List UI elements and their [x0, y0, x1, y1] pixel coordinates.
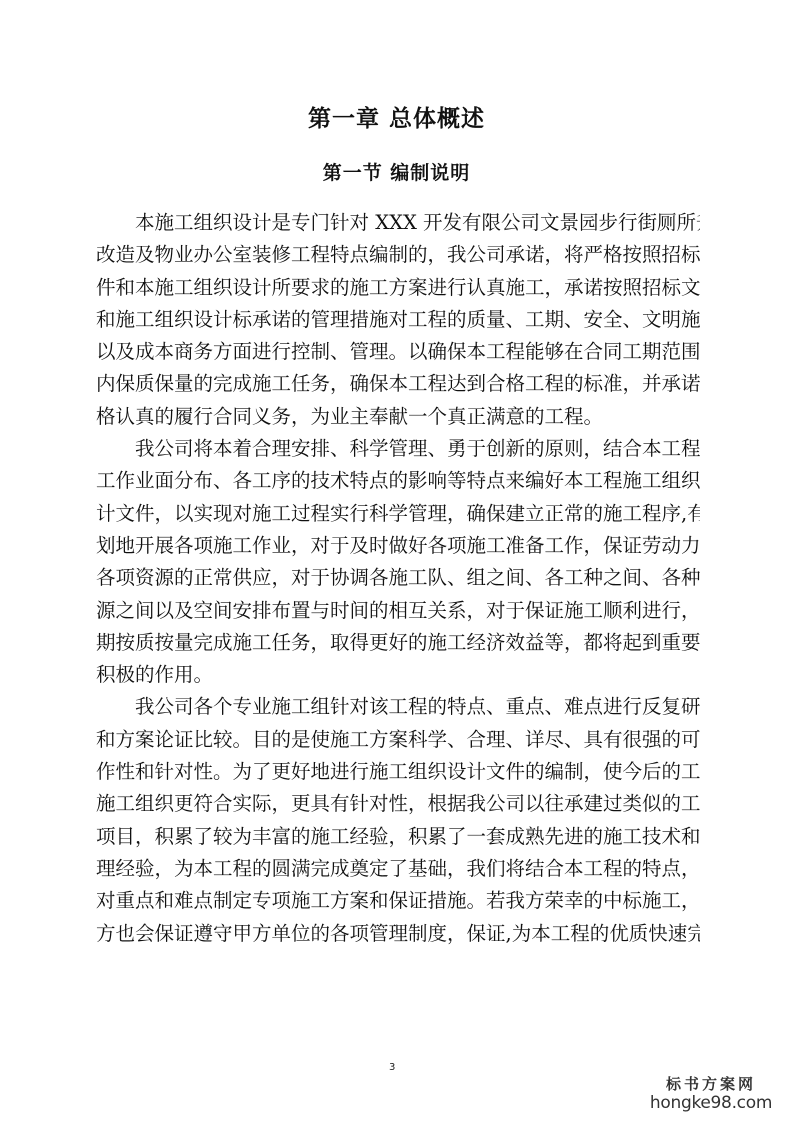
text-line: 本施工组织设计是专门针对 XXX 开发有限公司文景园步行街厕所升级 — [96, 207, 700, 239]
text-line: 作性和针对性。为了更好地进行施工组织设计文件的编制，使今后的工程 — [96, 756, 700, 788]
text-line: 工作业面分布、各工序的技术特点的影响等特点来编好本工程施工组织设 — [96, 465, 700, 497]
text-line: 格认真的履行合同义务，为业主奉献一个真正满意的工程。 — [96, 401, 700, 433]
text-line: 源之间以及空间安排布置与时间的相互关系，对于保证施工顺利进行，按 — [96, 595, 700, 627]
watermark-name: 标书方案网 — [636, 1075, 786, 1093]
chapter-title: 第一章 总体概述 — [0, 100, 793, 133]
text-line: 以及成本商务方面进行控制、管理。以确保本工程能够在合同工期范围之 — [96, 336, 700, 368]
watermark-logo: 标书方案网 hongke98.com — [636, 1075, 786, 1113]
text-line: 方也会保证遵守甲方单位的各项管理制度，保证,为本工程的优质快速完成 — [96, 918, 700, 950]
text-line: 和方案论证比较。目的是使施工方案科学、合理、详尽、具有很强的可操 — [96, 724, 700, 756]
paragraph-2: 我公司将本着合理安排、科学管理、勇于创新的原则，结合本工程施 工作业面分布、各工… — [96, 433, 700, 691]
text-line: 各项资源的正常供应，对于协调各施工队、组之间、各工种之间、各种资 — [96, 562, 700, 594]
text-line: 件和本施工组织设计所要求的施工方案进行认真施工，承诺按照招标文件 — [96, 272, 700, 304]
text-line: 期按质按量完成施工任务，取得更好的施工经济效益等，都将起到重要的、 — [96, 627, 700, 659]
section-title: 第一节 编制说明 — [0, 158, 793, 185]
paragraph-1: 本施工组织设计是专门针对 XXX 开发有限公司文景园步行街厕所升级 改造及物业办… — [96, 207, 700, 433]
text-line: 对重点和难点制定专项施工方案和保证措施。若我方荣幸的中标施工，我 — [96, 885, 700, 917]
text-line: 施工组织更符合实际，更具有针对性，根据我公司以往承建过类似的工程 — [96, 788, 700, 820]
text-line: 划地开展各项施工作业，对于及时做好各项施工准备工作，保证劳动力和 — [96, 530, 700, 562]
text-line: 内保质保量的完成施工任务，确保本工程达到合格工程的标准，并承诺严 — [96, 368, 700, 400]
page-number: 3 — [389, 1062, 395, 1073]
watermark-url: hongke98.com — [636, 1093, 786, 1113]
body-text: 本施工组织设计是专门针对 XXX 开发有限公司文景园步行街厕所升级 改造及物业办… — [96, 207, 700, 950]
text-line: 我公司将本着合理安排、科学管理、勇于创新的原则，结合本工程施 — [96, 433, 700, 465]
paragraph-3: 我公司各个专业施工组针对该工程的特点、重点、难点进行反复研究 和方案论证比较。目… — [96, 691, 700, 949]
text-line: 我公司各个专业施工组针对该工程的特点、重点、难点进行反复研究 — [96, 691, 700, 723]
text-line: 项目，积累了较为丰富的施工经验，积累了一套成熟先进的施工技术和管 — [96, 821, 700, 853]
text-line: 和施工组织设计标承诺的管理措施对工程的质量、工期、安全、文明施工 — [96, 304, 700, 336]
text-line: 改造及物业办公室装修工程特点编制的，我公司承诺，将严格按照招标文 — [96, 239, 700, 271]
text-line: 理经验，为本工程的圆满完成奠定了基础，我们将结合本工程的特点，针 — [96, 853, 700, 885]
text-line: 积极的作用。 — [96, 659, 700, 691]
text-line: 计文件，以实现对施工过程实行科学管理，确保建立正常的施工程序,有计 — [96, 498, 700, 530]
